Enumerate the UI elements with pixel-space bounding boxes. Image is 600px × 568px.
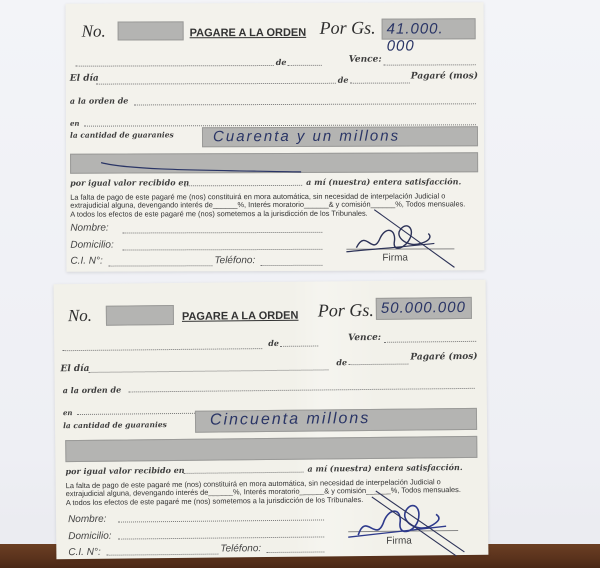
vence-line[interactable] xyxy=(384,341,476,343)
telefono-label: Teléfono: xyxy=(214,255,255,266)
cantidad-field[interactable]: Cuarenta y un millons xyxy=(202,126,478,147)
vence-line[interactable] xyxy=(384,64,476,65)
month-line[interactable] xyxy=(350,83,410,84)
nombre-label: Nombre: xyxy=(70,223,108,234)
cantidad-field-line2[interactable] xyxy=(70,152,478,173)
number-label: No. xyxy=(82,22,106,42)
cantidad-value: Cuarenta y un millons xyxy=(213,128,400,146)
place-line[interactable] xyxy=(76,65,274,67)
orden-line[interactable] xyxy=(134,103,476,105)
cantidad-label: la cantidad de guaranies xyxy=(63,420,167,430)
pagare-label: Pagaré (mos) xyxy=(410,352,477,363)
vence-label: Vence: xyxy=(348,333,381,343)
vence-label: Vence: xyxy=(349,55,382,65)
recibido-line[interactable] xyxy=(184,185,302,186)
de2-label: de xyxy=(336,357,347,367)
de-label: de xyxy=(268,338,279,348)
month-line[interactable] xyxy=(348,364,408,366)
orden-label: a la orden de xyxy=(63,385,122,396)
ci-label: C.I. N°: xyxy=(68,547,100,558)
date-line[interactable] xyxy=(280,346,318,347)
satisfaccion-label: a mí (nuestra) entera satisfacción. xyxy=(306,176,461,187)
recibido-label: por igual valor recibido en xyxy=(70,177,189,187)
note-number-field[interactable] xyxy=(106,305,174,326)
telefono-line[interactable] xyxy=(266,551,324,553)
amount-field[interactable]: 50.000.000 xyxy=(376,297,472,320)
promissory-note-1: No. PAGARE A LA ORDEN Por Gs. 41.000. 00… xyxy=(66,2,485,271)
domicilio-line[interactable] xyxy=(118,536,324,539)
cantidad-field[interactable]: Cincuenta millons xyxy=(195,408,477,433)
telefono-label: Teléfono: xyxy=(220,543,261,554)
domicilio-label: Domicilio: xyxy=(70,240,113,251)
nombre-label: Nombre: xyxy=(68,514,106,525)
satisfaccion-label: a mí (nuestra) entera satisfacción. xyxy=(307,462,462,474)
signature-icon xyxy=(336,486,477,557)
ci-line[interactable] xyxy=(106,554,218,556)
recibido-label: por igual valor recibido en xyxy=(65,465,184,476)
en-label: en xyxy=(63,408,73,417)
signature-icon xyxy=(336,207,466,271)
el-dia-label: El día xyxy=(70,74,99,84)
el-dia-line[interactable] xyxy=(96,83,336,85)
promissory-note-2: No. PAGARE A LA ORDEN Por Gs. 50.000.000… xyxy=(54,280,489,560)
de-label: de xyxy=(276,57,287,67)
recibido-line[interactable] xyxy=(184,472,304,474)
nombre-line[interactable] xyxy=(118,519,324,522)
orden-label: a la orden de xyxy=(70,96,129,106)
amount-value: 41.000. 000 xyxy=(387,20,475,54)
nombre-line[interactable] xyxy=(122,232,322,234)
amount-field[interactable]: 41.000. 000 xyxy=(382,18,476,39)
cantidad-value: Cincuenta millons xyxy=(210,410,370,430)
cantidad-label: la cantidad de guaranies xyxy=(70,130,174,139)
pen-stroke xyxy=(71,153,479,174)
place-line[interactable] xyxy=(62,348,262,351)
el-dia-label: El día xyxy=(60,364,89,374)
date-line[interactable] xyxy=(288,65,322,66)
domicilio-label: Domicilio: xyxy=(68,531,111,542)
number-label: No. xyxy=(68,306,92,326)
orden-line[interactable] xyxy=(129,388,475,393)
el-dia-line[interactable] xyxy=(88,369,328,373)
domicilio-line[interactable] xyxy=(122,249,322,251)
cantidad-field-line2[interactable] xyxy=(65,436,477,462)
note-title: PAGARE A LA ORDEN xyxy=(190,27,307,39)
note-number-field[interactable] xyxy=(118,21,184,40)
amount-label: Por Gs. xyxy=(320,18,376,39)
en-label: en xyxy=(70,119,80,128)
note-title: PAGARE A LA ORDEN xyxy=(182,310,299,323)
amount-label: Por Gs. xyxy=(318,300,374,322)
amount-value: 50.000.000 xyxy=(381,299,466,317)
ci-label: C.I. N°: xyxy=(70,256,102,267)
pagare-label: Pagaré (mos) xyxy=(411,71,478,81)
de2-label: de xyxy=(338,75,349,85)
telefono-line[interactable] xyxy=(260,265,322,266)
ci-line[interactable] xyxy=(108,265,212,266)
